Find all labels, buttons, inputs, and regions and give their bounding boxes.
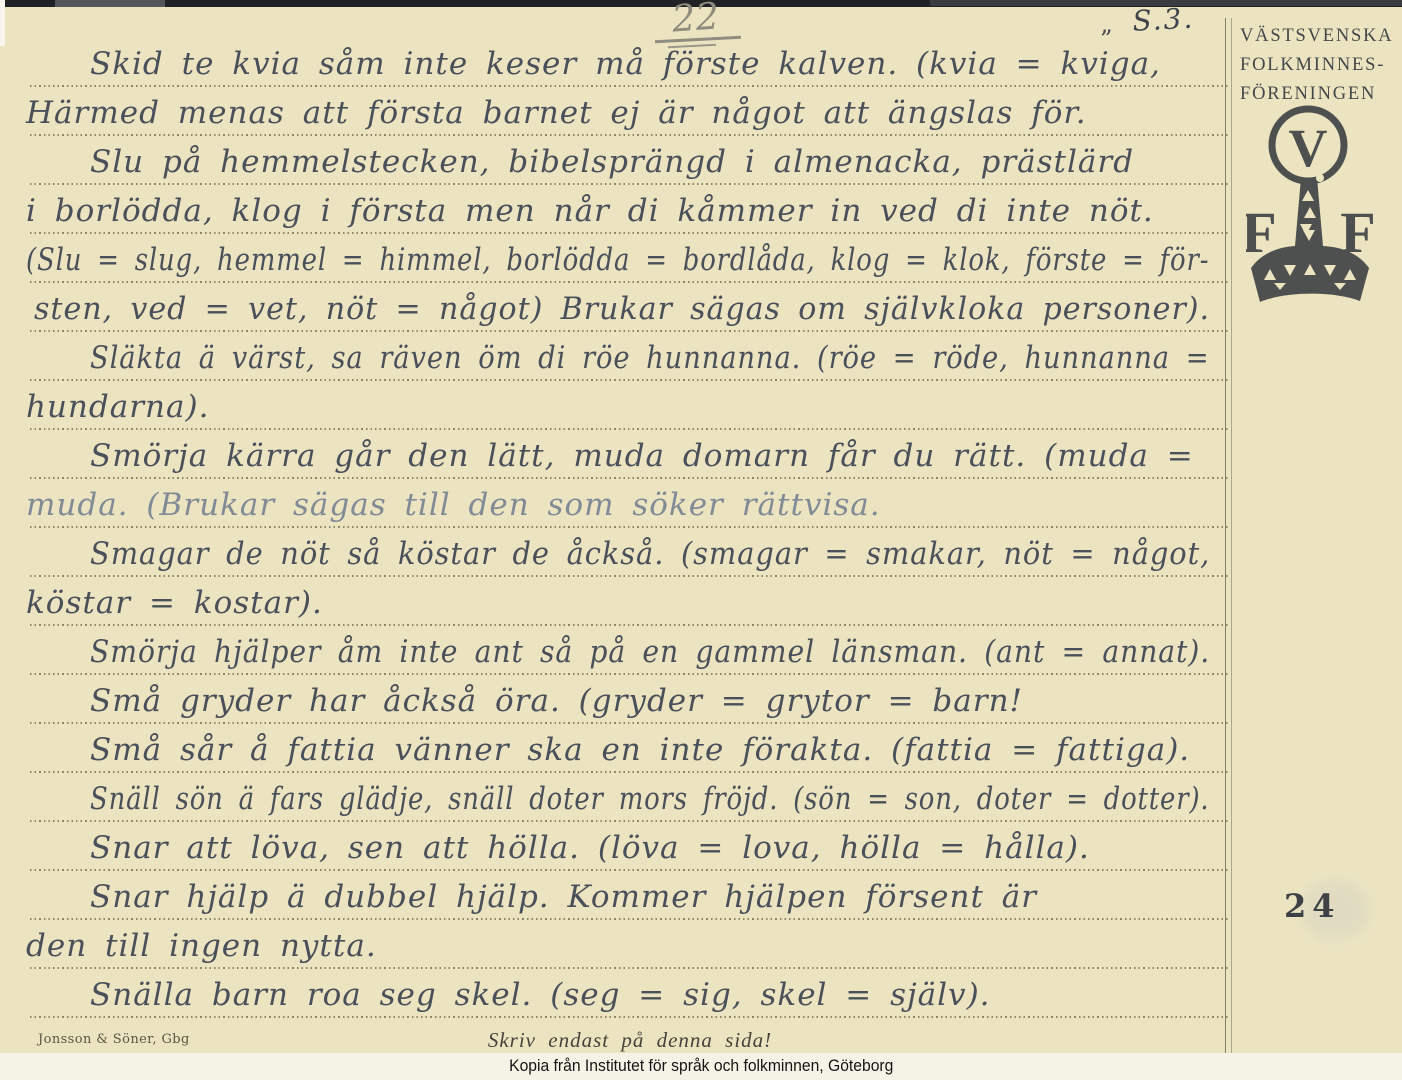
document-page: 22 „S.3. Skid te kvia såm inte keser må …	[0, 0, 1402, 1080]
org-line: FOLKMINNES-	[1240, 51, 1402, 80]
manuscript-line: Smörja kärra går den lätt, muda domarn f…	[90, 436, 1194, 477]
scan-edge-segment	[55, 0, 165, 7]
ruled-line	[30, 575, 1228, 577]
vff-thors-hammer-logo-icon: V F F	[1246, 104, 1376, 312]
printer-imprint: Jonsson & Söner, Gbg	[38, 1032, 190, 1047]
margin-line	[1231, 18, 1232, 1080]
ruled-line	[30, 967, 1228, 969]
ruled-line	[30, 869, 1228, 871]
ruled-line	[30, 183, 1228, 185]
ink-mark-text: S.3.	[1132, 2, 1195, 38]
logo-letter-v: V	[1289, 118, 1328, 178]
scan-corner	[0, 0, 5, 46]
copy-notice-band: Kopia från Institutet för språk och folk…	[0, 1053, 1402, 1080]
form-instruction: Skriv endast på denna sida!	[430, 1028, 830, 1053]
manuscript-line: köstar = kostar).	[26, 583, 323, 624]
manuscript-line: Släkta ä värst, sa räven öm di röe hunna…	[90, 338, 1210, 379]
manuscript-line: Snar hjälp ä dubbel hjälp. Kommer hjälpe…	[90, 877, 1037, 918]
manuscript-line: sten, ved = vet, nöt = något) Brukar säg…	[34, 289, 1210, 330]
ruled-line	[30, 232, 1228, 234]
margin-line	[1225, 18, 1226, 1080]
ruled-line	[30, 820, 1228, 822]
ruled-line	[30, 330, 1228, 332]
org-line: VÄSTSVENSKA	[1240, 22, 1402, 51]
manuscript-line: Små sår å fattia vänner ska en inte föra…	[90, 730, 1190, 771]
ruled-line	[30, 428, 1228, 430]
manuscript-line: Smagar de nöt så köstar de åckså. (smaga…	[90, 534, 1210, 575]
ruled-line	[30, 624, 1228, 626]
manuscript-line: hundarna).	[26, 387, 209, 428]
manuscript-line: Skid te kvia såm inte keser må förste ka…	[90, 44, 1161, 85]
manuscript-line: Små gryder har åckså öra. (gryder = gryt…	[90, 681, 1023, 722]
archive-stamp-number: 24	[1284, 887, 1341, 925]
manuscript-line: i borlödda, klog i första men når di kåm…	[26, 191, 1154, 232]
ruled-line	[30, 134, 1228, 136]
manuscript-line: Snäll sön ä fars glädje, snäll doter mor…	[90, 779, 1209, 820]
manuscript-line: Snälla barn roa seg skel. (seg = sig, sk…	[90, 975, 991, 1016]
copy-notice: Kopia från Institutet för språk och folk…	[509, 1053, 893, 1079]
ruled-line	[30, 477, 1228, 479]
manuscript-line: (Slu = slug, hemmel = himmel, borlödda =…	[26, 240, 1209, 281]
manuscript-line: Snar att löva, sen att hölla. (löva = lo…	[90, 828, 1090, 869]
ink-mark-prefix: „	[1099, 10, 1113, 39]
manuscript-line: den till ingen nytta.	[26, 926, 377, 967]
ink-page-mark: „S.3.	[1099, 2, 1195, 40]
manuscript-line: Slu på hemmelstecken, bibelsprängd i alm…	[90, 142, 1134, 183]
hammer-eyelet	[1316, 174, 1324, 182]
ruled-line	[30, 722, 1228, 724]
ruled-line	[30, 771, 1228, 773]
ruled-line	[30, 85, 1228, 87]
manuscript-line: muda. (Brukar sägas till den som söker r…	[26, 485, 881, 526]
pencil-page-number: 22	[671, 0, 721, 41]
ruled-line	[30, 281, 1228, 283]
organization-name: VÄSTSVENSKA FOLKMINNES- FÖRENINGEN	[1240, 22, 1402, 109]
ruled-line	[30, 526, 1228, 528]
ruled-line	[30, 673, 1228, 675]
ruled-line	[30, 1016, 1228, 1018]
ruled-line	[30, 918, 1228, 920]
manuscript-line: Härmed menas att första barnet ej är någ…	[26, 93, 1087, 134]
ruled-line	[30, 379, 1228, 381]
manuscript-line: Smörja hjälper åm inte ant så på en gamm…	[90, 632, 1210, 673]
